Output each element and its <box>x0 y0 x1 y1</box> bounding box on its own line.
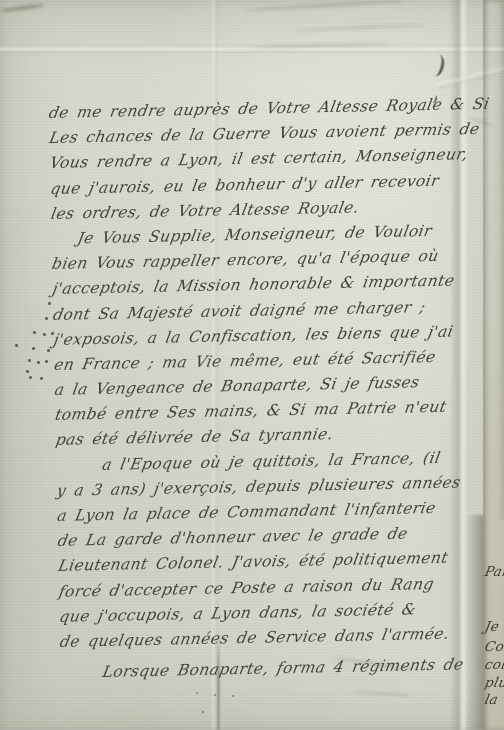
ink-dot <box>26 370 29 373</box>
paragraph-2: Je Vous Supplie, Monseigneur, de Vouloir… <box>49 218 489 454</box>
adjacent-page-fragment: Cor <box>483 639 504 655</box>
adjacent-page-fragment: col <box>483 657 504 673</box>
show-through-mark <box>296 24 426 32</box>
paragraph-4: Lorsque Bonaparte, forma 4 régiments de <box>58 652 493 686</box>
ink-dot <box>45 360 48 363</box>
ink-dot <box>37 361 40 364</box>
show-through-mark <box>250 43 390 48</box>
letter-text-block: de me rendre auprès de Votre Altesse Roy… <box>46 92 493 686</box>
paragraph-3: a l'Epoque où je quittois, la France, (i… <box>53 444 492 655</box>
horizontal-fold-crease <box>0 45 504 53</box>
show-through-mark <box>244 0 404 11</box>
adjacent-page-fragment: la <box>483 692 499 708</box>
stray-ink-stroke <box>426 52 446 77</box>
paragraph-1: de me rendre auprès de Votre Altesse Roy… <box>46 92 484 227</box>
handwritten-line: Lorsque Bonaparte, forma 4 régiments de <box>58 652 498 686</box>
ink-dot <box>29 376 32 379</box>
adjacent-page-fragment: Je <box>483 619 500 635</box>
ink-dot <box>43 333 46 336</box>
ink-dot <box>28 359 31 362</box>
ink-speck <box>214 694 216 696</box>
top-right-wrinkle <box>437 61 504 90</box>
ink-speck <box>202 711 204 713</box>
show-through-mark <box>352 690 410 697</box>
ink-dot <box>47 349 50 352</box>
ink-dot <box>33 331 36 334</box>
show-through-mark <box>0 4 44 13</box>
ink-dot <box>15 344 18 347</box>
ink-speck <box>232 695 234 697</box>
ink-dot <box>32 347 35 350</box>
adjacent-page-fragment: plu <box>483 675 504 691</box>
letter-page: de me rendre auprès de Votre Altesse Roy… <box>0 0 504 730</box>
adjacent-page-fragment: Par <box>483 564 504 580</box>
ink-speck <box>196 692 198 694</box>
ink-dot <box>45 317 48 320</box>
page-edge-shadow <box>499 0 504 520</box>
ink-dot <box>40 377 43 380</box>
